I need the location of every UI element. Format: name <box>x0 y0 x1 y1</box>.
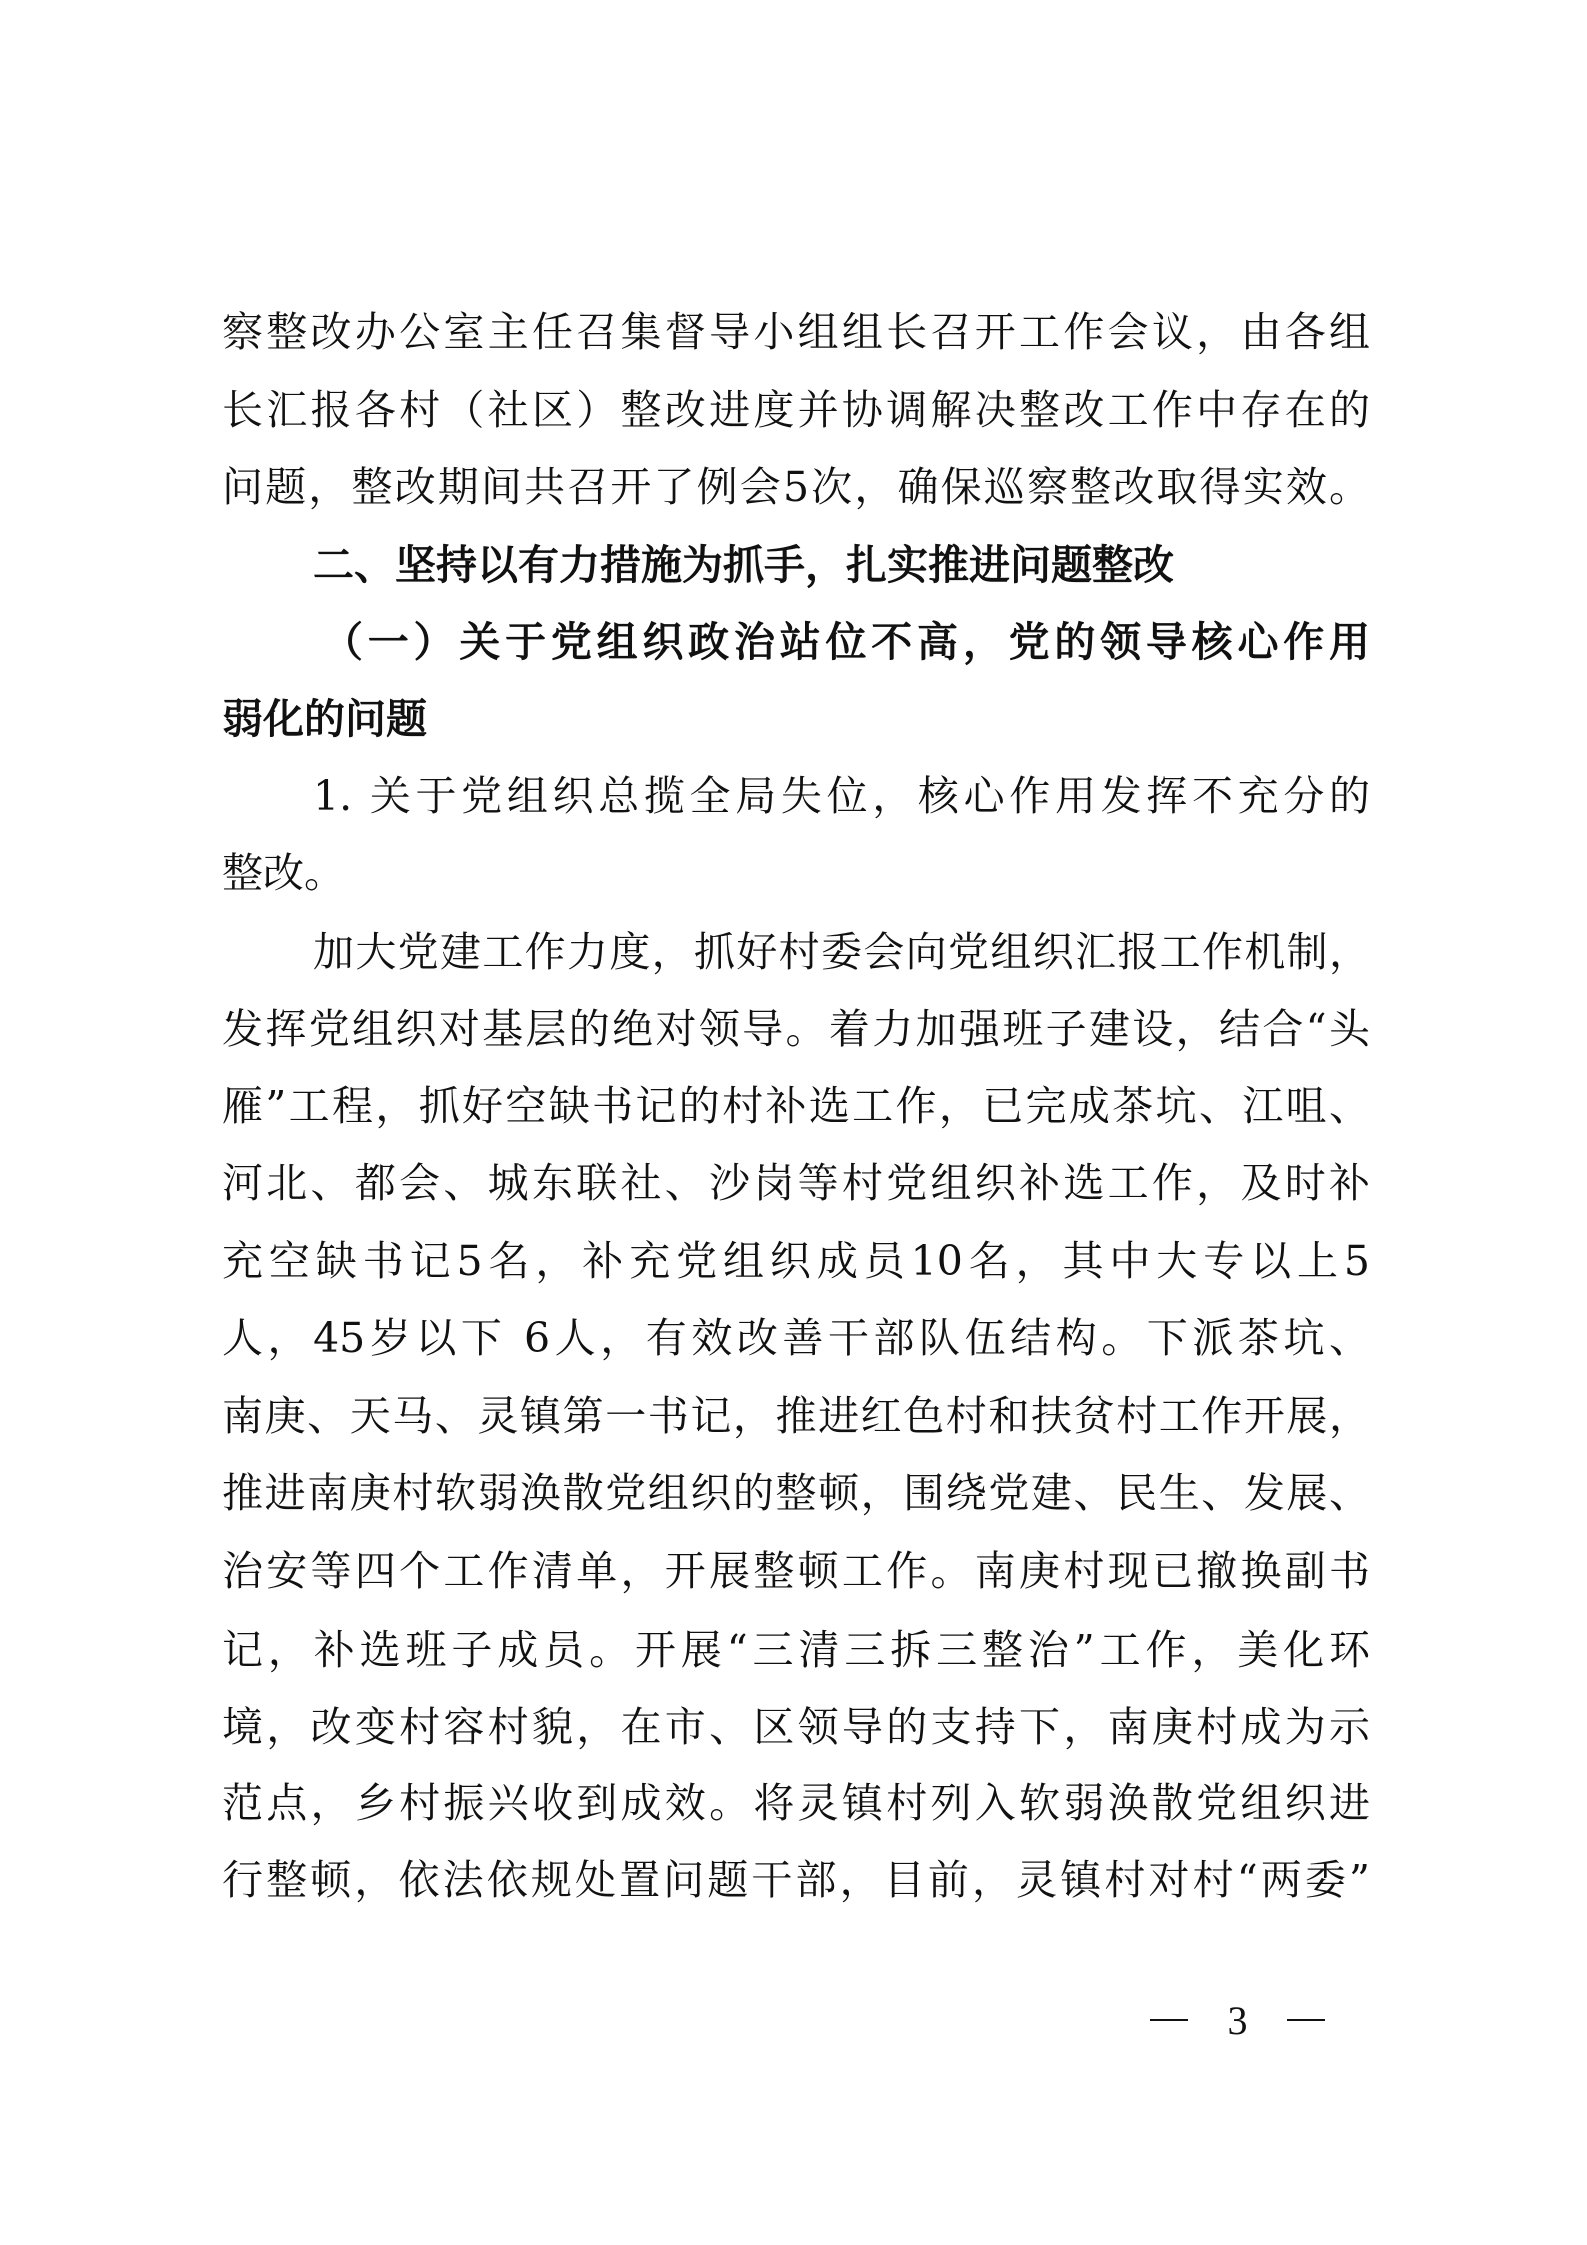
body-line: 发挥党组织对基层的绝对领导。着力加强班子建设，结合“头 <box>222 1001 1370 1057</box>
document-page: 察整改办公室主任召集督导小组组长召开工作会议，由各组 长汇报各村（社区）整改进度… <box>0 0 1587 2245</box>
body-line: 记，补选班子成员。开展“三清三拆三整治”工作，美化环 <box>222 1622 1370 1678</box>
paragraph-first-line: 加大党建工作力度，抓好村委会向党组织汇报工作机制， <box>313 924 1370 980</box>
body-line: 南庚、天马、灵镇第一书记，推进红色村和扶贫村工作开展， <box>222 1388 1370 1444</box>
subsection-heading: （一）关于党组织政治站位不高，党的领导核心作用 <box>322 614 1370 670</box>
page-number-dash-right <box>1287 2019 1325 2021</box>
body-line: 治安等四个工作清单，开展整顿工作。南庚村现已撤换副书 <box>222 1543 1370 1599</box>
item-heading-cont: 整改。 <box>222 845 1370 901</box>
body-line: 充空缺书记5名，补充党组织成员10名，其中大专以上5 <box>222 1233 1370 1289</box>
subsection-heading-cont: 弱化的问题 <box>222 691 1370 747</box>
item-heading: 1. 关于党组织总揽全局失位，核心作用发挥不充分的 <box>313 768 1370 824</box>
page-number: 3 <box>1150 1995 1325 2045</box>
page-number-dash-left <box>1150 2019 1188 2021</box>
body-line: 推进南庚村软弱涣散党组织的整顿，围绕党建、民生、发展、 <box>222 1465 1370 1521</box>
body-line: 察整改办公室主任召集督导小组组长召开工作会议，由各组 <box>222 304 1370 360</box>
body-line: 长汇报各村（社区）整改进度并协调解决整改工作中存在的 <box>222 382 1370 438</box>
body-line: 雁”工程，抓好空缺书记的村补选工作，已完成茶坑、江咀、 <box>222 1078 1370 1134</box>
body-line: 行整顿，依法依规处置问题干部，目前，灵镇村对村“两委” <box>222 1852 1370 1908</box>
section-heading: 二、坚持以有力措施为抓手，扎实推进问题整改 <box>313 537 1370 593</box>
body-line: 河北、都会、城东联社、沙岗等村党组织补选工作，及时补 <box>222 1155 1370 1211</box>
body-line: 人，45岁以下 6人，有效改善干部队伍结构。下派茶坑、 <box>222 1310 1370 1366</box>
body-line: 问题，整改期间共召开了例会5次，确保巡察整改取得实效。 <box>222 459 1370 515</box>
page-number-value: 3 <box>1228 1997 1248 2044</box>
body-line: 范点，乡村振兴收到成效。将灵镇村列入软弱涣散党组织进 <box>222 1775 1370 1831</box>
body-line: 境，改变村容村貌，在市、区领导的支持下，南庚村成为示 <box>222 1699 1370 1755</box>
